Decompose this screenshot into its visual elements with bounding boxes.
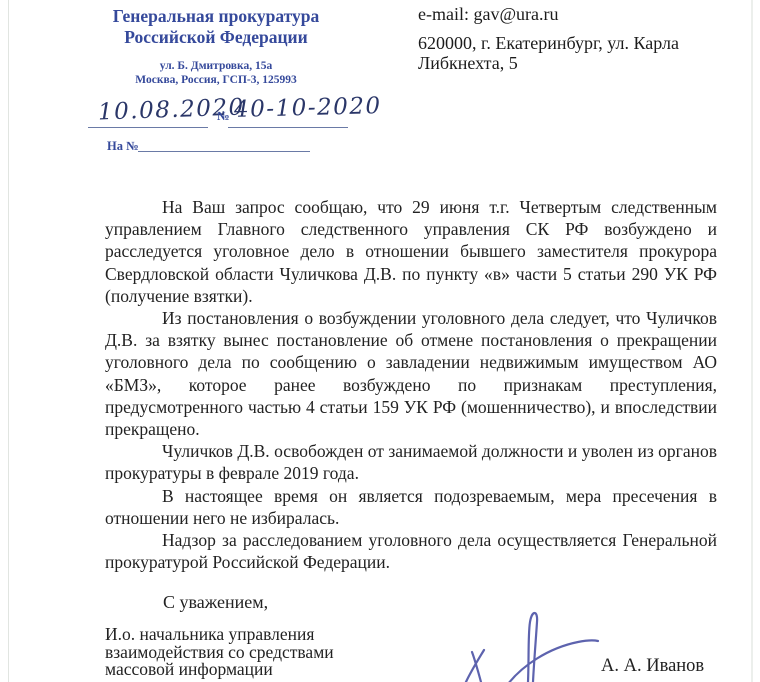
- recipient-address-line2: Либкнехта, 5: [418, 54, 728, 74]
- scan-edge-right: [751, 0, 753, 682]
- reply-ref-label: На №: [107, 139, 139, 154]
- body-paragraph: Из постановления о возбуждении уголовног…: [105, 307, 717, 440]
- recipient-email: e-mail: gav@ura.ru: [418, 0, 728, 28]
- reply-ref-underline: [138, 151, 310, 152]
- body-paragraph: На Ваш запрос сообщаю, что 29 июня т.г. …: [105, 196, 717, 307]
- body-paragraph: В настоящее время он является подозревае…: [105, 485, 717, 529]
- org-name-line2: Российской Федерации: [100, 27, 332, 48]
- org-address: ул. Б. Дмитровка, 15а Москва, Россия, ГС…: [100, 60, 332, 87]
- letterhead-org-block: Генеральная прокуратура Российской Федер…: [100, 6, 332, 87]
- date-underline: [88, 127, 208, 128]
- signer-title-line3: массовой информации: [105, 661, 334, 679]
- salutation: С уважением,: [163, 592, 268, 613]
- signer-title: И.о. начальника управления взаимодействи…: [105, 626, 334, 679]
- number-sign: №: [217, 109, 230, 124]
- org-address-line1: ул. Б. Дмитровка, 15а: [100, 60, 332, 74]
- body-paragraph: Чуличков Д.В. освобожден от занимаемой д…: [105, 440, 717, 484]
- org-name: Генеральная прокуратура Российской Федер…: [100, 6, 332, 48]
- org-address-line2: Москва, Россия, ГСП-3, 125993: [100, 74, 332, 88]
- number-underline: [228, 127, 348, 128]
- signature-autograph-icon: [452, 596, 612, 682]
- letter-body: На Ваш запрос сообщаю, что 29 июня т.г. …: [105, 196, 717, 573]
- recipient-address: 620000, г. Екатеринбург, ул. Карла Либкн…: [418, 34, 728, 73]
- scanned-letter-page: Генеральная прокуратура Российской Федер…: [0, 0, 760, 682]
- scan-edge-left: [8, 0, 9, 682]
- recipient-block: e-mail: gav@ura.ru 620000, г. Екатеринбу…: [418, 0, 728, 73]
- body-paragraph: Надзор за расследованием уголовного дела…: [105, 529, 717, 573]
- signer-name: А. А. Иванов: [601, 656, 704, 677]
- org-name-line1: Генеральная прокуратура: [100, 6, 332, 27]
- signer-title-line1: И.о. начальника управления: [105, 626, 334, 644]
- letter-number-handwritten: 40-10-2020: [234, 93, 382, 123]
- recipient-address-line1: 620000, г. Екатеринбург, ул. Карла: [418, 34, 728, 54]
